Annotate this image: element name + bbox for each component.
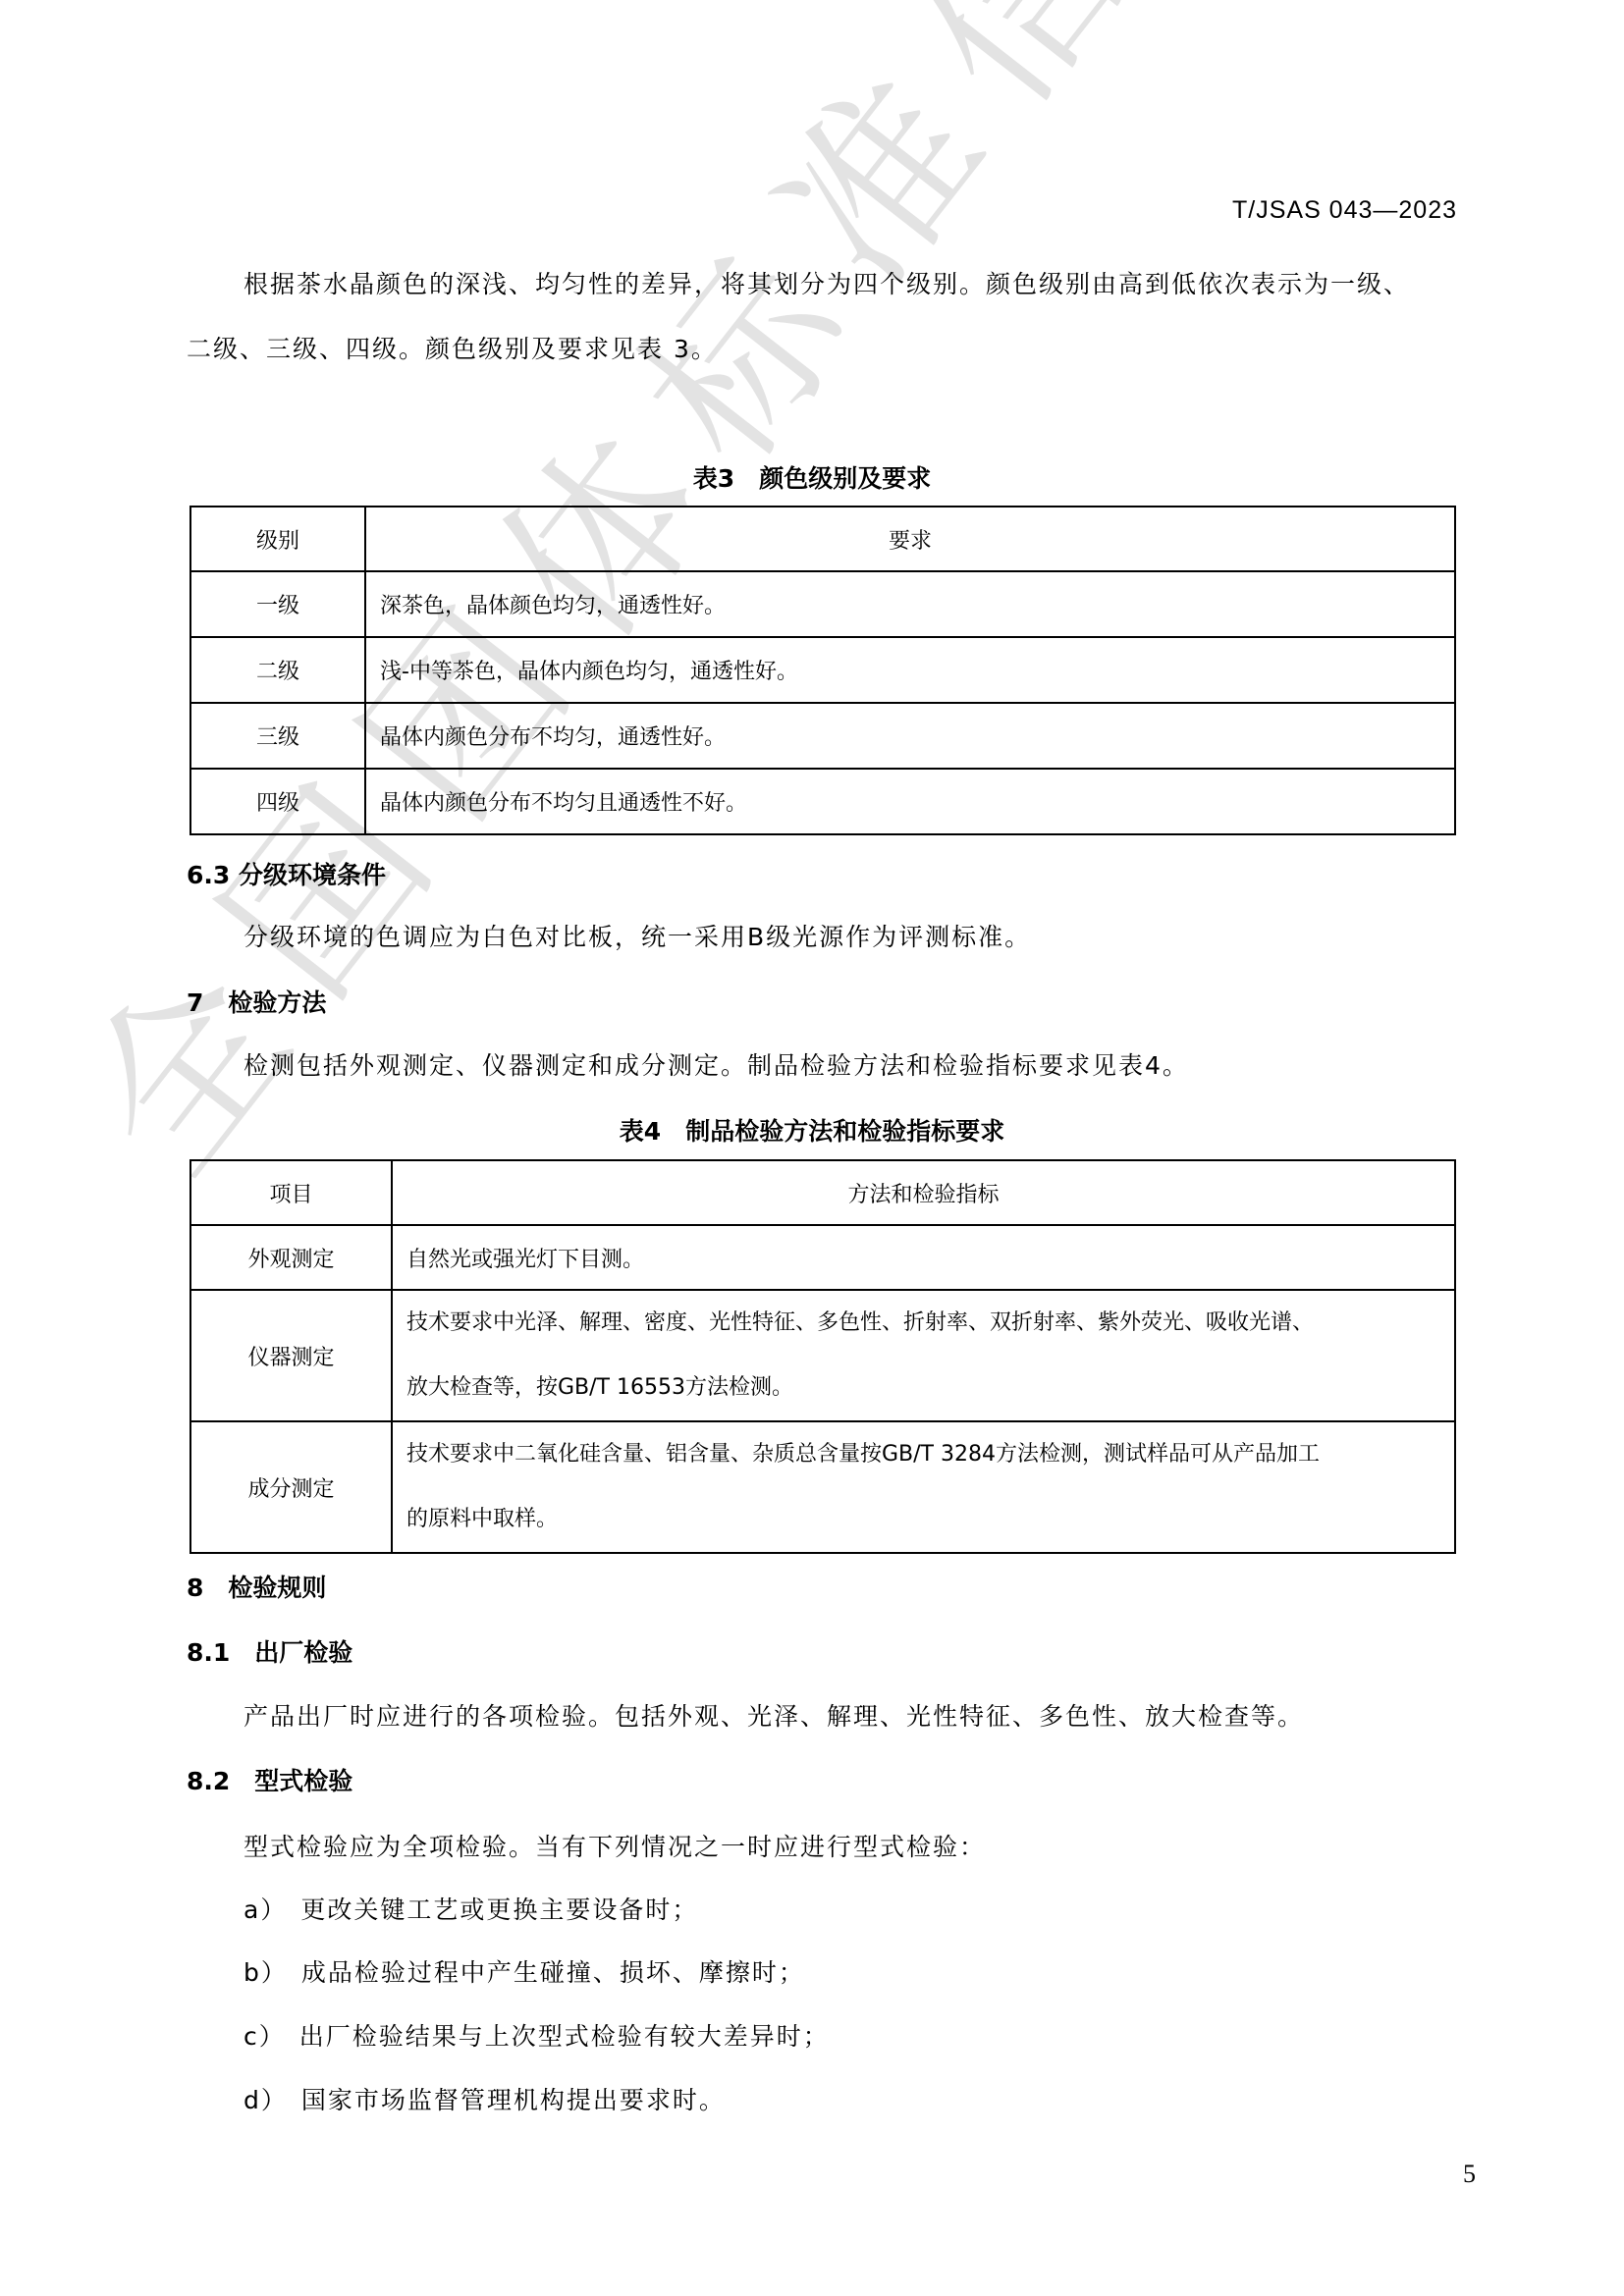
section-6-3-heading: 6.3 分级环境条件 bbox=[187, 856, 386, 891]
table3-caption: 表3 颜色级别及要求 bbox=[0, 459, 1624, 495]
list-label: b） bbox=[244, 1958, 288, 1987]
list-text: 成品检验过程中产生碰撞、损坏、摩擦时； bbox=[301, 1958, 805, 1987]
table4: 项目 方法和检验指标 外观测定 自然光或强光灯下目测。 仪器测定 技术要求中光泽… bbox=[189, 1159, 1456, 1554]
item-cell: 成分测定 bbox=[190, 1421, 392, 1553]
list-item: d）国家市场监督管理机构提出要求时。 bbox=[244, 2081, 726, 2116]
requirement-cell: 晶体内颜色分布不均匀且通透性不好。 bbox=[365, 769, 1455, 834]
requirement-cell: 深茶色，晶体颜色均匀，通透性好。 bbox=[365, 571, 1455, 637]
list-text: 出厂检验结果与上次型式检验有较大差异时； bbox=[299, 2022, 830, 2051]
section-7-text: 检测包括外观测定、仪器测定和成分测定。制品检验方法和检验指标要求见表4。 bbox=[244, 1046, 1189, 1082]
section-8-2-heading: 8.2 型式检验 bbox=[187, 1762, 352, 1797]
method-cell: 技术要求中二氧化硅含量、铝含量、杂质总含量按GB/T 3284方法检测，测试样品… bbox=[392, 1421, 1455, 1553]
section-8-1-text: 产品出厂时应进行的各项检验。包括外观、光泽、解理、光性特征、多色性、放大检查等。 bbox=[244, 1697, 1304, 1733]
list-item: b）成品检验过程中产生碰撞、损坏、摩擦时； bbox=[244, 1953, 805, 1989]
method-line: 的原料中取样。 bbox=[406, 1487, 1440, 1552]
document-id: T/JSAS 043—2023 bbox=[1232, 196, 1457, 225]
section-6-3-text: 分级环境的色调应为白色对比板，统一采用B级光源作为评测标准。 bbox=[244, 918, 1031, 953]
section-7-heading: 7 检验方法 bbox=[187, 984, 326, 1019]
table-row: 一级 深茶色，晶体颜色均匀，通透性好。 bbox=[190, 571, 1455, 637]
section-8-2-text: 型式检验应为全项检验。当有下列情况之一时应进行型式检验： bbox=[244, 1828, 986, 1863]
table-header-cell: 方法和检验指标 bbox=[392, 1160, 1455, 1225]
table-row: 四级 晶体内颜色分布不均匀且通透性不好。 bbox=[190, 769, 1455, 834]
table-row: 外观测定 自然光或强光灯下目测。 bbox=[190, 1225, 1455, 1290]
method-line: 技术要求中光泽、解理、密度、光性特征、多色性、折射率、双折射率、紫外荧光、吸收光… bbox=[406, 1291, 1440, 1356]
table-header-cell: 项目 bbox=[190, 1160, 392, 1225]
list-item: c）出厂检验结果与上次型式检验有较大差异时； bbox=[244, 2017, 830, 2053]
table3: 级别 要求 一级 深茶色，晶体颜色均匀，通透性好。 二级 浅-中等茶色，晶体内颜… bbox=[189, 506, 1456, 835]
table-header-row: 级别 要求 bbox=[190, 507, 1455, 571]
item-cell: 仪器测定 bbox=[190, 1290, 392, 1421]
list-item: a）更改关键工艺或更换主要设备时； bbox=[244, 1891, 698, 1926]
list-text: 更改关键工艺或更换主要设备时； bbox=[300, 1896, 698, 1924]
table-header-cell: 级别 bbox=[190, 507, 365, 571]
table4-caption: 表4 制品检验方法和检验指标要求 bbox=[0, 1112, 1624, 1148]
list-text: 国家市场监督管理机构提出要求时。 bbox=[301, 2086, 726, 2114]
list-label: d） bbox=[244, 2086, 288, 2114]
list-label: a） bbox=[244, 1896, 287, 1924]
grade-cell: 二级 bbox=[190, 637, 365, 703]
grade-cell: 三级 bbox=[190, 703, 365, 769]
table-row: 二级 浅-中等茶色，晶体内颜色均匀，通透性好。 bbox=[190, 637, 1455, 703]
table-row: 仪器测定 技术要求中光泽、解理、密度、光性特征、多色性、折射率、双折射率、紫外荧… bbox=[190, 1290, 1455, 1421]
table-row: 成分测定 技术要求中二氧化硅含量、铝含量、杂质总含量按GB/T 3284方法检测… bbox=[190, 1421, 1455, 1553]
page-number: 5 bbox=[1463, 2160, 1476, 2189]
table-row: 三级 晶体内颜色分布不均匀，通透性好。 bbox=[190, 703, 1455, 769]
method-line: 放大检查等，按GB/T 16553方法检测。 bbox=[406, 1356, 1440, 1420]
method-line: 自然光或强光灯下目测。 bbox=[406, 1243, 1440, 1273]
item-cell: 外观测定 bbox=[190, 1225, 392, 1290]
section-8-heading: 8 检验规则 bbox=[187, 1569, 326, 1604]
intro-line-1: 根据茶水晶颜色的深浅、均匀性的差异，将其划分为四个级别。颜色级别由高到低依次表示… bbox=[244, 265, 1410, 300]
grade-cell: 四级 bbox=[190, 769, 365, 834]
list-label: c） bbox=[244, 2022, 286, 2051]
method-line: 技术要求中二氧化硅含量、铝含量、杂质总含量按GB/T 3284方法检测，测试样品… bbox=[406, 1422, 1440, 1487]
section-8-1-heading: 8.1 出厂检验 bbox=[187, 1633, 352, 1669]
requirement-cell: 浅-中等茶色，晶体内颜色均匀，通透性好。 bbox=[365, 637, 1455, 703]
grade-cell: 一级 bbox=[190, 571, 365, 637]
method-cell: 技术要求中光泽、解理、密度、光性特征、多色性、折射率、双折射率、紫外荧光、吸收光… bbox=[392, 1290, 1455, 1421]
requirement-cell: 晶体内颜色分布不均匀，通透性好。 bbox=[365, 703, 1455, 769]
method-cell: 自然光或强光灯下目测。 bbox=[392, 1225, 1455, 1290]
table-header-row: 项目 方法和检验指标 bbox=[190, 1160, 1455, 1225]
intro-line-2: 二级、三级、四级。颜色级别及要求见表 3。 bbox=[187, 330, 718, 365]
table-header-cell: 要求 bbox=[365, 507, 1455, 571]
